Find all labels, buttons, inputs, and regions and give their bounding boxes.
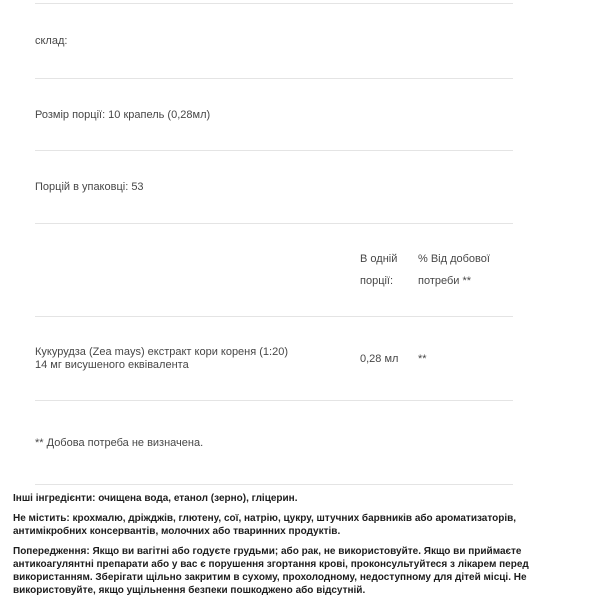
serving-size-label: Розмір порції: 10 крапель (0,28мл)	[35, 109, 210, 121]
row-serving-size: Розмір порції: 10 крапель (0,28мл)	[35, 78, 513, 150]
warning-text: Попередження: Якщо ви вагітні або годуєт…	[13, 545, 575, 597]
amount-column-header: В одній порції:	[360, 248, 418, 292]
ingredient-name: Кукурудза (Zea mays) екстракт кори корен…	[35, 346, 360, 372]
bottom-details-section: Інші інгредієнти: очищена вода, етанол (…	[13, 492, 575, 597]
ingredient-amount: 0,28 мл	[360, 353, 418, 365]
other-ingredients-text: Інші інгредієнти: очищена вода, етанол (…	[13, 492, 575, 505]
daily-value-header-line1: % Від добової	[418, 248, 513, 270]
does-not-contain-text: Не містить: крохмалю, дріжджів, глютену,…	[13, 512, 575, 538]
supplement-facts-table: склад: Розмір порції: 10 крапель (0,28мл…	[35, 3, 513, 485]
page: { "colors": { "background": "#ffffff", "…	[0, 0, 600, 600]
composition-label: склад:	[35, 35, 67, 47]
row-servings-per-container: Порцій в упаковці: 53	[35, 150, 513, 223]
ingredient-name-line2: 14 мг висушеного еквівалента	[35, 359, 348, 372]
amount-header-line1: В одній	[360, 248, 418, 270]
row-ingredient: Кукурудза (Zea mays) екстракт кори корен…	[35, 316, 513, 400]
daily-value-column-header: % Від добової потреби **	[418, 248, 513, 292]
servings-per-container-label: Порцій в упаковці: 53	[35, 181, 144, 193]
daily-value-header-line2: потреби **	[418, 270, 513, 292]
amount-header-line2: порції:	[360, 270, 418, 292]
row-footnote: ** Добова потреба не визначена.	[35, 400, 513, 484]
row-column-headers: В одній порції: % Від добової потреби **	[35, 223, 513, 316]
ingredient-daily-value: **	[418, 353, 513, 365]
row-composition: склад:	[35, 3, 513, 78]
ingredient-name-line1: Кукурудза (Zea mays) екстракт кори корен…	[35, 346, 348, 359]
footnote-label: ** Добова потреба не визначена.	[35, 437, 203, 449]
